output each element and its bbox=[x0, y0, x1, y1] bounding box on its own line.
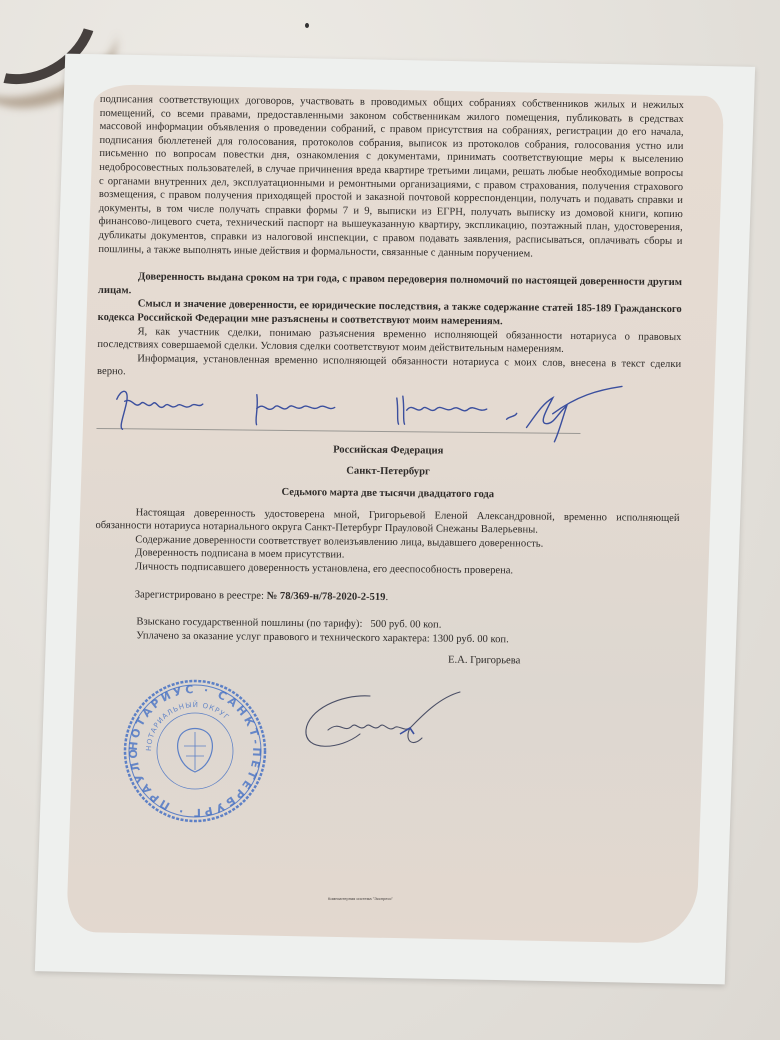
powers-paragraph: подписания соответствующих договоров, уч… bbox=[98, 93, 684, 262]
principal-signature-area bbox=[96, 385, 681, 447]
registry-number: № 78/369-н/78-2020-2-519 bbox=[267, 590, 386, 602]
registry-suffix: . bbox=[385, 592, 388, 603]
state-fee-value: 500 руб. 00 коп. bbox=[370, 619, 441, 631]
notary-name: Е.А. Григорьева bbox=[448, 654, 520, 668]
state-fee-label: Взыскано государственной пошлины (по тар… bbox=[136, 617, 362, 630]
registry-label: Зарегистрировано в реестре: bbox=[135, 589, 267, 601]
table-speck bbox=[305, 23, 309, 28]
services-fee-label: Уплачено за оказание услуг правового и т… bbox=[136, 630, 430, 644]
notary-stamp-icon: НОТАРИУС · САНКТ-ПЕТЕРБУРГ · ПРАУЛОВА НО… bbox=[120, 676, 270, 826]
services-fee-value: 1300 руб. 00 коп. bbox=[432, 633, 508, 645]
system-footer-note: Компьютерная система "Экспресс" bbox=[328, 896, 393, 901]
principal-handwritten-signature-icon bbox=[106, 379, 627, 444]
notary-handwritten-signature-icon bbox=[300, 690, 470, 760]
document-content: подписания соответствующих договоров, уч… bbox=[94, 93, 684, 718]
